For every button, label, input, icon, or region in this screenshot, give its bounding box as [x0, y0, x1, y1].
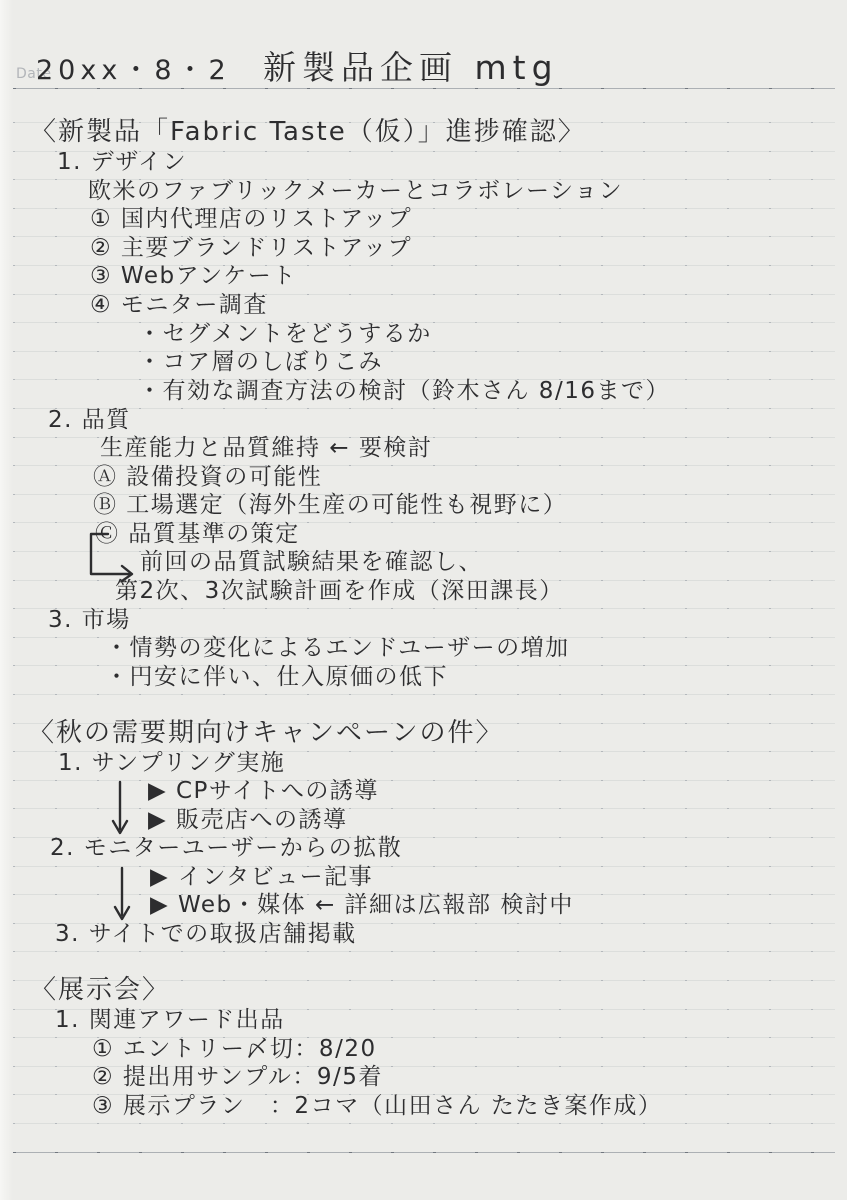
note-line: ③ Webアンケート	[90, 263, 297, 290]
note-line: ・有効な調査方法の検討（鈴木さん 8/16まで）	[138, 378, 670, 405]
note-line: ▶ 販売店への誘導	[148, 807, 348, 834]
rule-line	[13, 865, 835, 867]
note-line: ▶ インタビュー記事	[150, 864, 373, 891]
note-line: Ⓑ 工場選定（海外生産の可能性も視野に）	[93, 492, 567, 519]
branch-arrow-icon	[84, 530, 142, 586]
note-line: 1. 関連アワード出品	[55, 1007, 285, 1034]
section-heading: 〈秋の需要期向けキャンペーンの件〉	[28, 718, 503, 748]
rule-line	[13, 607, 835, 609]
note-line: ・コア層のしぼりこみ	[138, 349, 383, 376]
note-line: 3. 市場	[48, 607, 131, 634]
note-line: 1. サンプリング実施	[58, 750, 285, 777]
note-line: 欧米のファブリックメーカーとコラボレーション	[88, 178, 623, 205]
note-line: ② 提出用サンプル：9/5着	[92, 1064, 383, 1091]
note-line: ③ 展示プラン ：2コマ（山田さん たたき案作成）	[92, 1093, 662, 1120]
flow-down-arrow-icon	[112, 866, 134, 930]
section-heading: 〈展示会〉	[30, 975, 170, 1005]
date-value: 20xx・8・2	[36, 48, 231, 87]
note-line: ② 主要ブランドリストアップ	[90, 235, 412, 262]
notebook-page: Date 20xx・8・2 新製品企画 mtg 〈新製品「Fabric Tast…	[0, 0, 847, 1200]
rule-line	[13, 807, 835, 809]
note-line: ・円安に伴い、仕入原価の低下	[105, 664, 448, 691]
note-line: ▶ Web・媒体 ← 詳細は広報部 検討中	[150, 892, 574, 919]
note-line: ① エントリー〆切：8/20	[92, 1036, 377, 1063]
note-line: 1. デザイン	[57, 149, 187, 176]
rule-line	[13, 1151, 835, 1153]
rule-line	[13, 1122, 835, 1124]
rule-line	[13, 779, 835, 781]
note-line: ・セグメントをどうするか	[138, 321, 432, 348]
note-line: 3. サイトでの取扱店舗掲載	[55, 921, 357, 948]
note-line: 第2次、3次試験計画を作成（深田課長）	[115, 578, 564, 605]
note-line: 2. モニターユーザーからの拡散	[50, 835, 402, 862]
note-line: ④ モニター調査	[90, 292, 268, 319]
rule-line	[13, 350, 835, 352]
note-line: ▶ CPサイトへの誘導	[148, 778, 379, 805]
page-title: 新製品企画 mtg	[263, 42, 559, 89]
note-line: ・情勢の変化によるエンドユーザーの増加	[105, 635, 570, 662]
note-line: 前回の品質試験結果を確認し、	[140, 549, 483, 576]
note-line: ① 国内代理店のリストアップ	[90, 206, 412, 233]
note-line: 生産能力と品質維持 ← 要検討	[100, 435, 432, 462]
rule-line	[13, 693, 835, 695]
section-heading: 〈新製品「Fabric Taste（仮）」進捗確認〉	[30, 117, 586, 147]
rule-line	[13, 950, 835, 952]
rule-line	[13, 407, 835, 409]
note-line: 2. 品質	[48, 407, 131, 434]
flow-down-arrow-icon	[110, 780, 132, 844]
paper-left-edge	[0, 0, 13, 1200]
note-line: Ⓐ 設備投資の可能性	[93, 464, 322, 491]
